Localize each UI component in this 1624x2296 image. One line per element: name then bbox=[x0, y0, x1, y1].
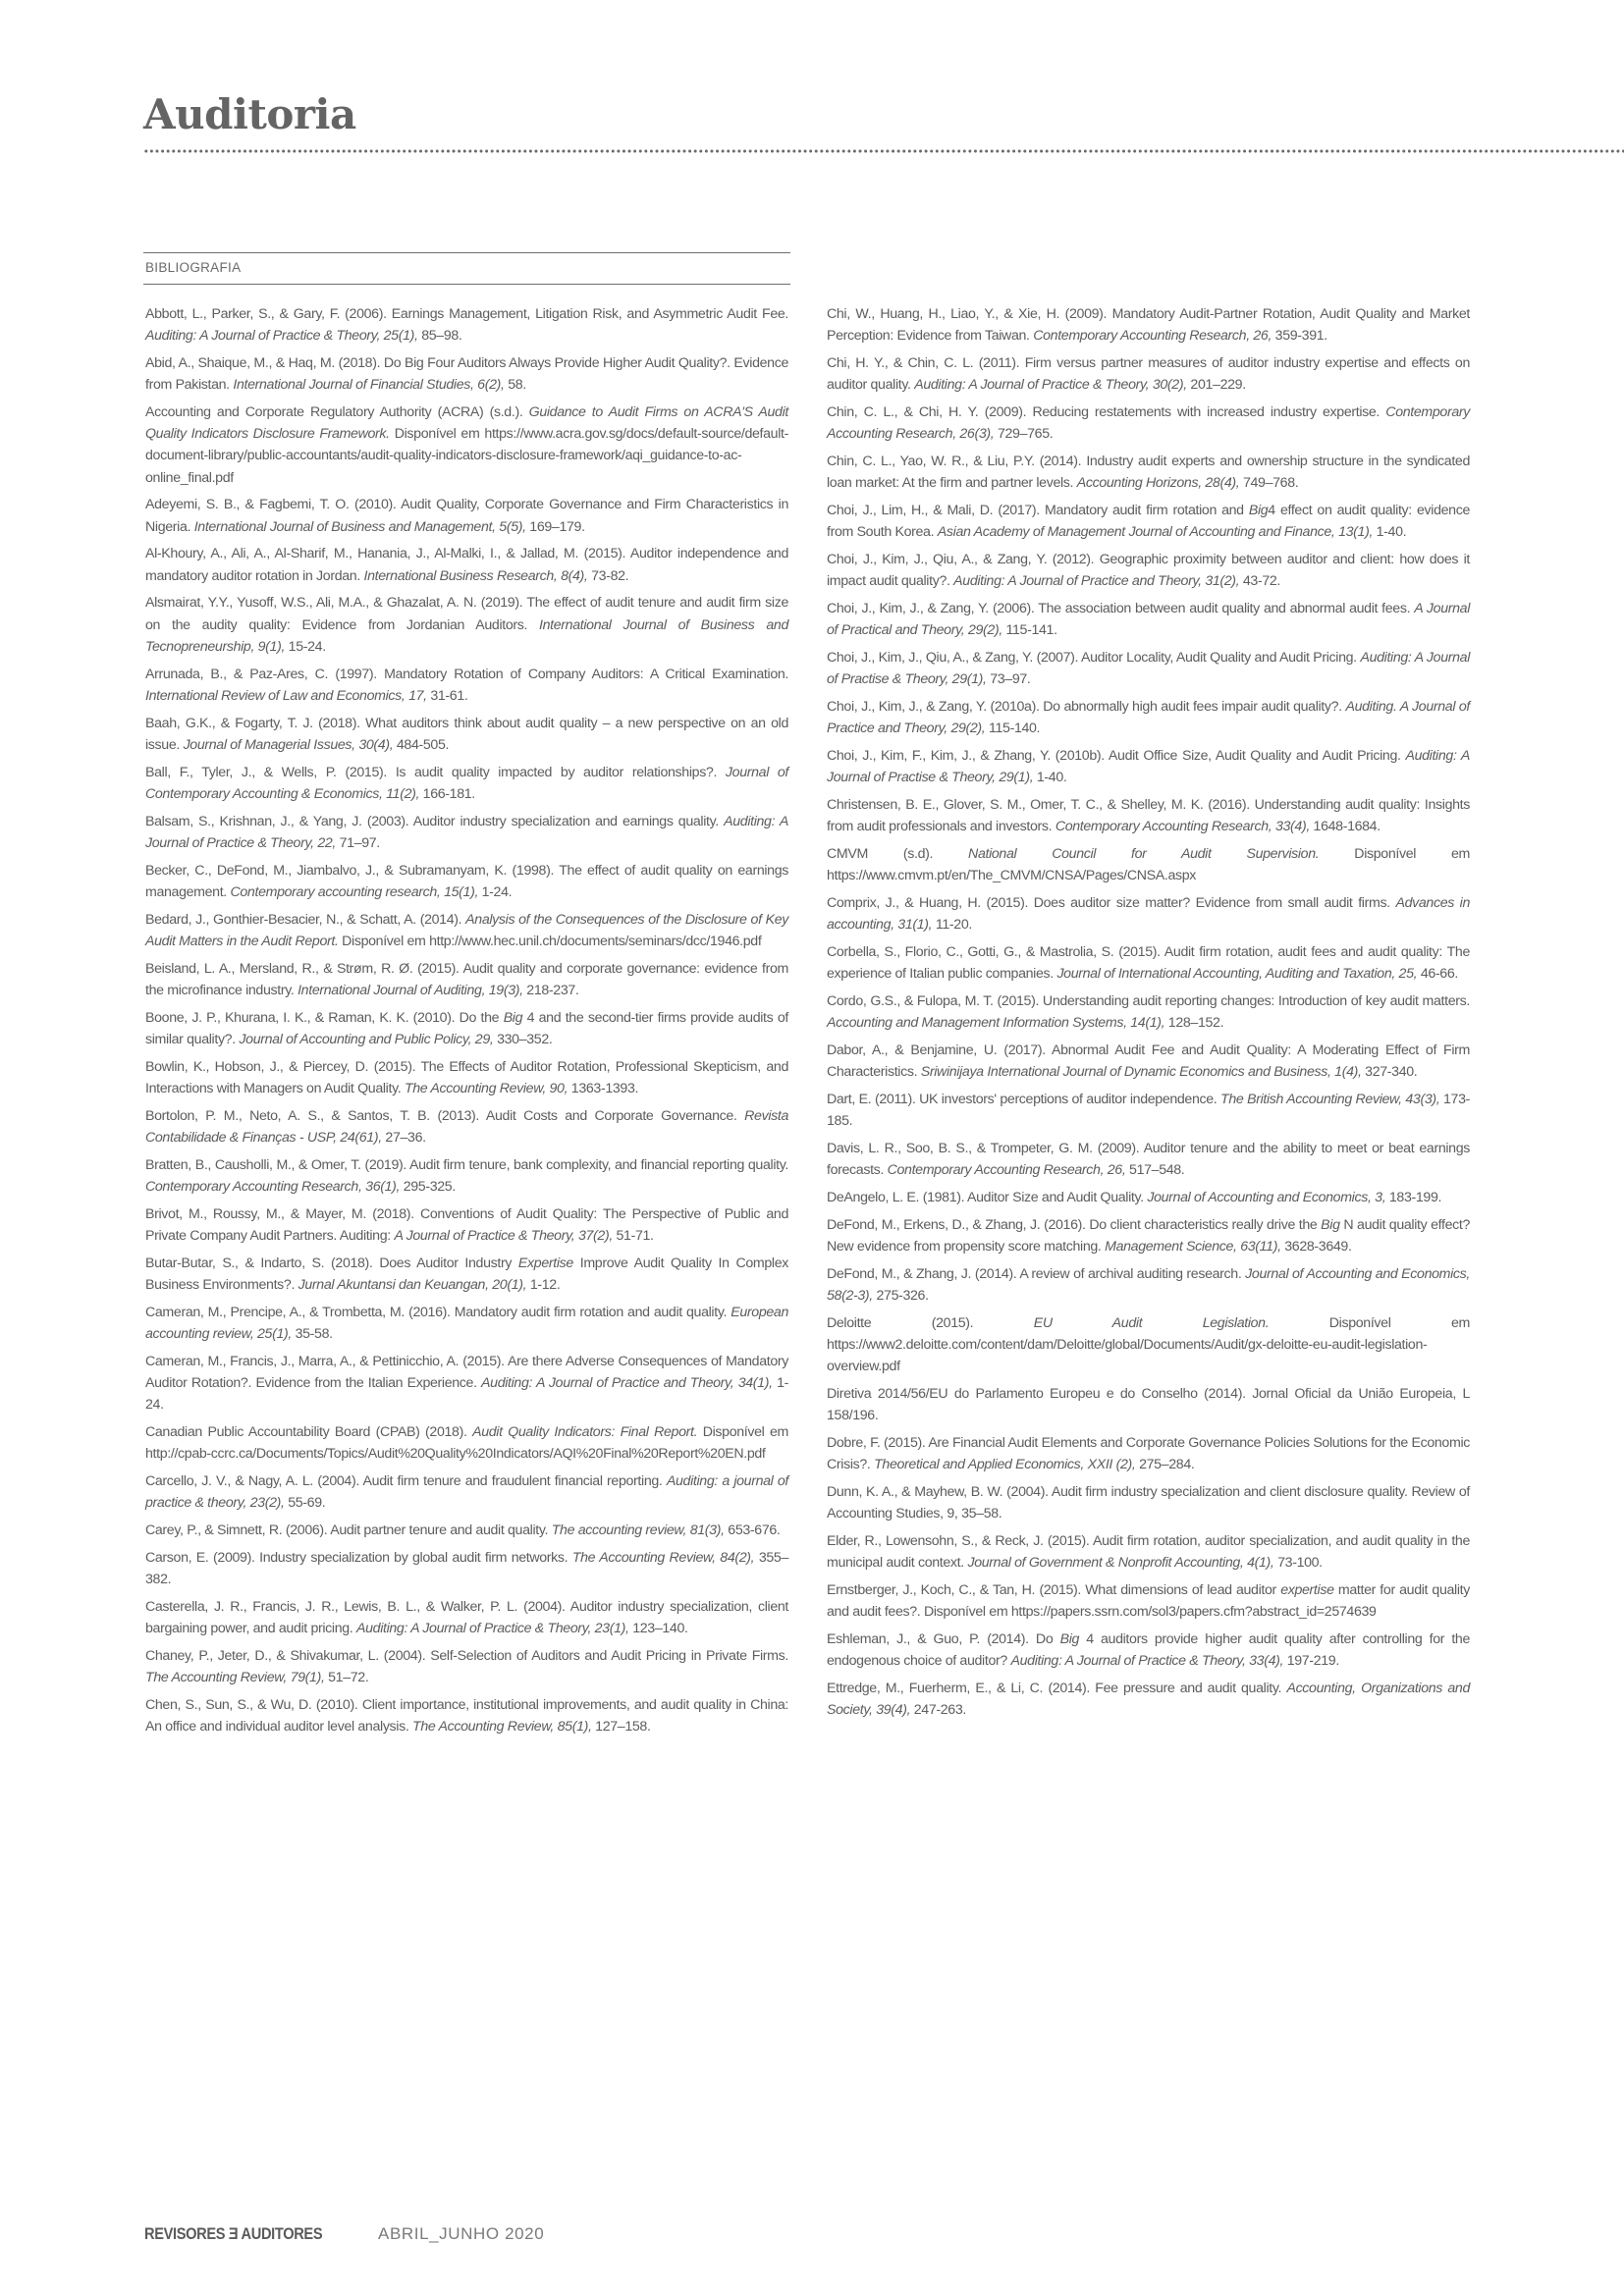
reference-text: 35-58. bbox=[292, 1326, 333, 1342]
reference-text: Deloitte (2015). bbox=[827, 1315, 1034, 1331]
reference-text: Arrunada, B., & Paz-Ares, C. (1997). Man… bbox=[145, 667, 788, 682]
reference-entry: Bowlin, K., Hobson, J., & Piercey, D. (2… bbox=[145, 1056, 788, 1099]
reference-source: Theoretical and Applied Economics, XXII … bbox=[874, 1457, 1135, 1472]
reference-entry: DeAngelo, L. E. (1981). Auditor Size and… bbox=[827, 1187, 1470, 1208]
reference-text: 73–97. bbox=[987, 671, 1031, 687]
reference-entry: CMVM (s.d). National Council for Audit S… bbox=[827, 843, 1470, 886]
reference-text: DeFond, M., Erkens, D., & Zhang, J. (201… bbox=[827, 1217, 1321, 1233]
reference-text: 128–152. bbox=[1164, 1015, 1223, 1031]
reference-text: 3628-3649. bbox=[1281, 1239, 1352, 1255]
reference-entry: Carey, P., & Simnett, R. (2006). Audit p… bbox=[145, 1520, 788, 1541]
reference-text: Carey, P., & Simnett, R. (2006). Audit p… bbox=[145, 1522, 552, 1538]
reference-text: 1-40. bbox=[1373, 524, 1406, 540]
reference-text: 729–765. bbox=[994, 426, 1053, 442]
reference-text: 71–97. bbox=[336, 835, 380, 851]
reference-entry: Chi, W., Huang, H., Liao, Y., & Xie, H. … bbox=[827, 303, 1470, 347]
reference-text: 73-100. bbox=[1274, 1555, 1323, 1571]
reference-text: 115-141. bbox=[1002, 622, 1057, 638]
reference-entry: Ball, F., Tyler, J., & Wells, P. (2015).… bbox=[145, 762, 788, 805]
reference-entry: Cameran, M., Prencipe, A., & Trombetta, … bbox=[145, 1302, 788, 1345]
bibliography-heading: BIBLIOGRAFIA bbox=[145, 260, 241, 275]
reference-text: 197-219. bbox=[1283, 1653, 1339, 1669]
reference-text: 275–284. bbox=[1135, 1457, 1194, 1472]
reference-text: Diretiva 2014/56/EU do Parlamento Europe… bbox=[827, 1386, 1470, 1423]
reference-entry: Butar-Butar, S., & Indarto, S. (2018). D… bbox=[145, 1253, 788, 1296]
reference-text: Carson, E. (2009). Industry specializati… bbox=[145, 1550, 572, 1566]
reference-text: 1-12. bbox=[526, 1277, 560, 1293]
publication-name: REVISORES Ǝ AUDITORES bbox=[144, 2224, 322, 2244]
reference-text: 1363-1393. bbox=[568, 1081, 638, 1096]
reference-entry: Abbott, L., Parker, S., & Gary, F. (2006… bbox=[145, 303, 788, 347]
reference-text: 27–36. bbox=[382, 1130, 426, 1146]
reference-entry: Canadian Public Accountability Board (CP… bbox=[145, 1421, 788, 1465]
reference-entry: Ernstberger, J., Koch, C., & Tan, H. (20… bbox=[827, 1579, 1470, 1623]
reference-source: Contemporary Accounting Research, 33(4), bbox=[1056, 819, 1310, 834]
reference-source: The Accounting Review, 85(1), bbox=[412, 1719, 592, 1735]
reference-text: Bortolon, P. M., Neto, A. S., & Santos, … bbox=[145, 1108, 744, 1124]
reference-source: Contemporary Accounting Research, 36(1), bbox=[145, 1179, 400, 1195]
reference-source: Auditing: A Journal of Practice & Theory… bbox=[145, 328, 418, 344]
reference-text: 58. bbox=[505, 377, 526, 393]
reference-text: Dart, E. (2011). UK investors' perceptio… bbox=[827, 1092, 1220, 1107]
reference-source: Auditing: A Journal of Practice and Theo… bbox=[953, 573, 1239, 589]
reference-entry: DeFond, M., Erkens, D., & Zhang, J. (201… bbox=[827, 1214, 1470, 1257]
reference-text: Chin, C. L., & Chi, H. Y. (2009). Reduci… bbox=[827, 404, 1385, 420]
reference-entry: Choi, J., Kim, J., & Zang, Y. (2006). Th… bbox=[827, 598, 1470, 641]
reference-text: Eshleman, J., & Guo, P. (2014). Do bbox=[827, 1631, 1060, 1647]
reference-entry: Dunn, K. A., & Mayhew, B. W. (2004). Aud… bbox=[827, 1481, 1470, 1524]
reference-entry: Carson, E. (2009). Industry specializati… bbox=[145, 1547, 788, 1590]
reference-entry: Arrunada, B., & Paz-Ares, C. (1997). Man… bbox=[145, 664, 788, 707]
reference-entry: Brivot, M., Roussy, M., & Mayer, M. (201… bbox=[145, 1203, 788, 1247]
reference-source: Big bbox=[1249, 503, 1268, 518]
reference-entry: Alsmairat, Y.Y., Yusoff, W.S., Ali, M.A.… bbox=[145, 592, 788, 658]
reference-entry: Comprix, J., & Huang, H. (2015). Does au… bbox=[827, 892, 1470, 935]
reference-entry: Christensen, B. E., Glover, S. M., Omer,… bbox=[827, 794, 1470, 837]
reference-text: 55-69. bbox=[285, 1495, 326, 1511]
reference-entry: Dabor, A., & Benjamine, U. (2017). Abnor… bbox=[827, 1040, 1470, 1083]
reference-source: Sriwinijaya International Journal of Dyn… bbox=[921, 1064, 1362, 1080]
reference-text: 330–352. bbox=[493, 1032, 552, 1047]
reference-entry: Abid, A., Shaique, M., & Haq, M. (2018).… bbox=[145, 352, 788, 396]
reference-entry: Becker, C., DeFond, M., Jiambalvo, J., &… bbox=[145, 860, 788, 903]
reference-text: Cordo, G.S., & Fulopa, M. T. (2015). Und… bbox=[827, 993, 1470, 1009]
reference-entry: Choi, J., Kim, J., Qiu, A., & Zang, Y. (… bbox=[827, 647, 1470, 690]
reference-source: Auditing: A Journal of Practice & Theory… bbox=[356, 1621, 629, 1636]
reference-source: Journal of Accounting and Public Policy,… bbox=[239, 1032, 493, 1047]
reference-entry: Adeyemi, S. B., & Fagbemi, T. O. (2010).… bbox=[145, 494, 788, 537]
bibliography-header: BIBLIOGRAFIA bbox=[143, 252, 790, 285]
reference-text: 484-505. bbox=[393, 737, 449, 753]
reference-text: 73-82. bbox=[588, 568, 629, 584]
reference-text: Ernstberger, J., Koch, C., & Tan, H. (20… bbox=[827, 1582, 1280, 1598]
reference-source: expertise bbox=[1280, 1582, 1333, 1598]
reference-source: A Journal of Practice & Theory, 37(2), bbox=[394, 1228, 612, 1244]
reference-source: Accounting Horizons, 28(4), bbox=[1077, 475, 1240, 491]
reference-entry: Choi, J., Kim, J., Qiu, A., & Zang, Y. (… bbox=[827, 549, 1470, 592]
reference-text: 201–229. bbox=[1187, 377, 1246, 393]
reference-text: Choi, J., Kim, J., Qiu, A., & Zang, Y. (… bbox=[827, 650, 1360, 666]
reference-source: Expertise bbox=[518, 1255, 573, 1271]
reference-text: Ball, F., Tyler, J., & Wells, P. (2015).… bbox=[145, 765, 726, 780]
reference-entry: Casterella, J. R., Francis, J. R., Lewis… bbox=[145, 1596, 788, 1639]
reference-source: International Journal of Auditing, 19(3)… bbox=[298, 983, 523, 998]
reference-text: Ettredge, M., Fuerherm, E., & Li, C. (20… bbox=[827, 1681, 1286, 1696]
reference-source: International Business Research, 8(4), bbox=[364, 568, 588, 584]
reference-entry: Baah, G.K., & Fogarty, T. J. (2018). Wha… bbox=[145, 713, 788, 756]
reference-entry: Dobre, F. (2015). Are Financial Audit El… bbox=[827, 1432, 1470, 1475]
reference-entry: Al-Khoury, A., Ali, A., Al-Sharif, M., H… bbox=[145, 543, 788, 586]
reference-source: Accounting and Management Information Sy… bbox=[827, 1015, 1164, 1031]
reference-text: Comprix, J., & Huang, H. (2015). Does au… bbox=[827, 895, 1395, 911]
reference-source: National Council for Audit Supervision. bbox=[968, 846, 1319, 862]
reference-entry: Cordo, G.S., & Fulopa, M. T. (2015). Und… bbox=[827, 990, 1470, 1034]
reference-entry: Choi, J., Kim, J., & Zang, Y. (2010a). D… bbox=[827, 696, 1470, 739]
issue-date: ABRIL_JUNHO 2020 bbox=[378, 2224, 544, 2244]
reference-text: 51-71. bbox=[613, 1228, 654, 1244]
reference-text: Bedard, J., Gonthier-Besacier, N., & Sch… bbox=[145, 912, 465, 928]
reference-source: Auditing: A Journal of Practice & Theory… bbox=[914, 377, 1187, 393]
reference-text: 11-20. bbox=[932, 917, 972, 933]
reference-source: Management Science, 63(11), bbox=[1105, 1239, 1281, 1255]
reference-text: 51–72. bbox=[325, 1670, 369, 1685]
reference-text: 653-676. bbox=[725, 1522, 781, 1538]
reference-source: Jurnal Akuntansi dan Keuangan, 20(1), bbox=[298, 1277, 527, 1293]
reference-source: The British Accounting Review, 43(3), bbox=[1220, 1092, 1439, 1107]
reference-source: Audit Quality Indicators: Final Report. bbox=[472, 1424, 697, 1440]
reference-entry: Dart, E. (2011). UK investors' perceptio… bbox=[827, 1089, 1470, 1132]
reference-source: Big bbox=[504, 1010, 522, 1026]
reference-source: International Journal of Business and Ma… bbox=[194, 519, 526, 535]
reference-entry: Choi, J., Kim, F., Kim, J., & Zhang, Y. … bbox=[827, 745, 1470, 788]
reference-source: The Accounting Review, 79(1), bbox=[145, 1670, 325, 1685]
reference-source: Journal of Accounting and Economics, 3, bbox=[1147, 1190, 1385, 1205]
reference-text: Choi, J., Kim, J., & Zang, Y. (2006). Th… bbox=[827, 601, 1414, 616]
reference-text: Canadian Public Accountability Board (CP… bbox=[145, 1424, 472, 1440]
reference-text: Dunn, K. A., & Mayhew, B. W. (2004). Aud… bbox=[827, 1484, 1470, 1522]
reference-source: Asian Academy of Management Journal of A… bbox=[938, 524, 1373, 540]
reference-source: The Accounting Review, 84(2), bbox=[572, 1550, 754, 1566]
reference-entry: Bratten, B., Causholli, M., & Omer, T. (… bbox=[145, 1154, 788, 1198]
reference-source: Journal of Managerial Issues, 30(4), bbox=[184, 737, 394, 753]
reference-text: Balsam, S., Krishnan, J., & Yang, J. (20… bbox=[145, 814, 724, 829]
reference-entry: Chin, C. L., Yao, W. R., & Liu, P.Y. (20… bbox=[827, 451, 1470, 494]
page-footer: REVISORES Ǝ AUDITORES ABRIL_JUNHO 2020 bbox=[144, 2224, 352, 2244]
reference-source: Contemporary Accounting Research, 26, bbox=[1033, 328, 1272, 344]
reference-source: EU Audit Legislation. bbox=[1034, 1315, 1270, 1331]
reference-text: DeAngelo, L. E. (1981). Auditor Size and… bbox=[827, 1190, 1147, 1205]
reference-text: 1648-1684. bbox=[1310, 819, 1380, 834]
reference-text: Choi, J., Lim, H., & Mali, D. (2017). Ma… bbox=[827, 503, 1249, 518]
reference-text: 169–179. bbox=[526, 519, 585, 535]
reference-text: 183-199. bbox=[1385, 1190, 1441, 1205]
reference-text: 1-24. bbox=[478, 884, 512, 900]
reference-text: 166-181. bbox=[419, 786, 475, 802]
reference-text: 295-325. bbox=[400, 1179, 456, 1195]
reference-text: 15-24. bbox=[285, 639, 326, 655]
reference-text: DeFond, M., & Zhang, J. (2014). A review… bbox=[827, 1266, 1245, 1282]
reference-text: Carcello, J. V., & Nagy, A. L. (2004). A… bbox=[145, 1473, 667, 1489]
reference-entry: Bedard, J., Gonthier-Besacier, N., & Sch… bbox=[145, 909, 788, 952]
reference-entry: Chaney, P., Jeter, D., & Shivakumar, L. … bbox=[145, 1645, 788, 1688]
reference-source: Contemporary Accounting Research, 26, bbox=[888, 1162, 1126, 1178]
reference-text: Choi, J., Kim, F., Kim, J., & Zhang, Y. … bbox=[827, 748, 1405, 764]
reference-source: The accounting review, 81(3), bbox=[552, 1522, 725, 1538]
reference-source: International Review of Law and Economic… bbox=[145, 688, 427, 704]
reference-text: 127–158. bbox=[592, 1719, 651, 1735]
reference-text: 43-72. bbox=[1239, 573, 1280, 589]
reference-text: 517–548. bbox=[1125, 1162, 1184, 1178]
reference-source: The Accounting Review, 90, bbox=[405, 1081, 568, 1096]
reference-entry: Ettredge, M., Fuerherm, E., & Li, C. (20… bbox=[827, 1678, 1470, 1721]
reference-entry: Deloitte (2015). EU Audit Legislation. D… bbox=[827, 1312, 1470, 1378]
reference-entry: Accounting and Corporate Regulatory Auth… bbox=[145, 401, 788, 489]
section-title: Auditoria bbox=[143, 90, 356, 138]
bibliography-left-column: Abbott, L., Parker, S., & Gary, F. (2006… bbox=[145, 303, 788, 1743]
reference-text: Disponível em http://www.hec.unil.ch/doc… bbox=[339, 934, 762, 949]
reference-text: 115-140. bbox=[985, 721, 1040, 736]
reference-text: 327-340. bbox=[1362, 1064, 1418, 1080]
reference-text: Abbott, L., Parker, S., & Gary, F. (2006… bbox=[145, 306, 788, 322]
bibliography-right-column: Chi, W., Huang, H., Liao, Y., & Xie, H. … bbox=[827, 303, 1470, 1727]
reference-entry: Corbella, S., Florio, C., Gotti, G., & M… bbox=[827, 941, 1470, 985]
reference-text: 749–768. bbox=[1239, 475, 1298, 491]
reference-text: 31-61. bbox=[427, 688, 468, 704]
reference-text: 275-326. bbox=[873, 1288, 929, 1304]
reference-text: CMVM (s.d). bbox=[827, 846, 968, 862]
reference-entry: Balsam, S., Krishnan, J., & Yang, J. (20… bbox=[145, 811, 788, 854]
reference-text: Choi, J., Kim, J., & Zang, Y. (2010a). D… bbox=[827, 699, 1345, 715]
reference-source: Auditing: A Journal of Practice and Theo… bbox=[481, 1375, 773, 1391]
reference-entry: Elder, R., Lowensohn, S., & Reck, J. (20… bbox=[827, 1530, 1470, 1574]
reference-entry: DeFond, M., & Zhang, J. (2014). A review… bbox=[827, 1263, 1470, 1307]
reference-text: 218-237. bbox=[523, 983, 579, 998]
reference-text: 247-263. bbox=[910, 1702, 966, 1718]
reference-text: Butar-Butar, S., & Indarto, S. (2018). D… bbox=[145, 1255, 518, 1271]
reference-source: Big bbox=[1321, 1217, 1339, 1233]
reference-source: Auditing: A Journal of Practice & Theory… bbox=[1011, 1653, 1284, 1669]
reference-source: International Journal of Financial Studi… bbox=[233, 377, 504, 393]
reference-text: 123–140. bbox=[629, 1621, 688, 1636]
reference-text: 46-66. bbox=[1417, 966, 1458, 982]
reference-text: Cameran, M., Prencipe, A., & Trombetta, … bbox=[145, 1305, 731, 1320]
reference-text: Chaney, P., Jeter, D., & Shivakumar, L. … bbox=[145, 1648, 788, 1664]
reference-source: Journal of Government & Nonprofit Accoun… bbox=[967, 1555, 1273, 1571]
reference-entry: Chin, C. L., & Chi, H. Y. (2009). Reduci… bbox=[827, 401, 1470, 445]
reference-entry: Bortolon, P. M., Neto, A. S., & Santos, … bbox=[145, 1105, 788, 1148]
reference-text: 85–98. bbox=[418, 328, 462, 344]
reference-text: Boone, J. P., Khurana, I. K., & Raman, K… bbox=[145, 1010, 504, 1026]
reference-source: Big bbox=[1060, 1631, 1079, 1647]
reference-text: Bratten, B., Causholli, M., & Omer, T. (… bbox=[145, 1157, 788, 1173]
dotted-divider bbox=[143, 149, 1624, 153]
reference-source: Journal of International Accounting, Aud… bbox=[1056, 966, 1417, 982]
reference-entry: Davis, L. R., Soo, B. S., & Trompeter, G… bbox=[827, 1138, 1470, 1181]
reference-entry: Diretiva 2014/56/EU do Parlamento Europe… bbox=[827, 1383, 1470, 1426]
reference-entry: Carcello, J. V., & Nagy, A. L. (2004). A… bbox=[145, 1470, 788, 1514]
reference-entry: Beisland, L. A., Mersland, R., & Strøm, … bbox=[145, 958, 788, 1001]
reference-entry: Chi, H. Y., & Chin, C. L. (2011). Firm v… bbox=[827, 352, 1470, 396]
reference-text: 1-40. bbox=[1033, 770, 1066, 785]
reference-entry: Choi, J., Lim, H., & Mali, D. (2017). Ma… bbox=[827, 500, 1470, 543]
reference-entry: Cameran, M., Francis, J., Marra, A., & P… bbox=[145, 1351, 788, 1416]
reference-source: Contemporary accounting research, 15(1), bbox=[231, 884, 479, 900]
reference-entry: Chen, S., Sun, S., & Wu, D. (2010). Clie… bbox=[145, 1694, 788, 1737]
reference-entry: Eshleman, J., & Guo, P. (2014). Do Big 4… bbox=[827, 1629, 1470, 1672]
reference-entry: Boone, J. P., Khurana, I. K., & Raman, K… bbox=[145, 1007, 788, 1050]
reference-text: 359-391. bbox=[1272, 328, 1327, 344]
reference-text: Accounting and Corporate Regulatory Auth… bbox=[145, 404, 529, 420]
